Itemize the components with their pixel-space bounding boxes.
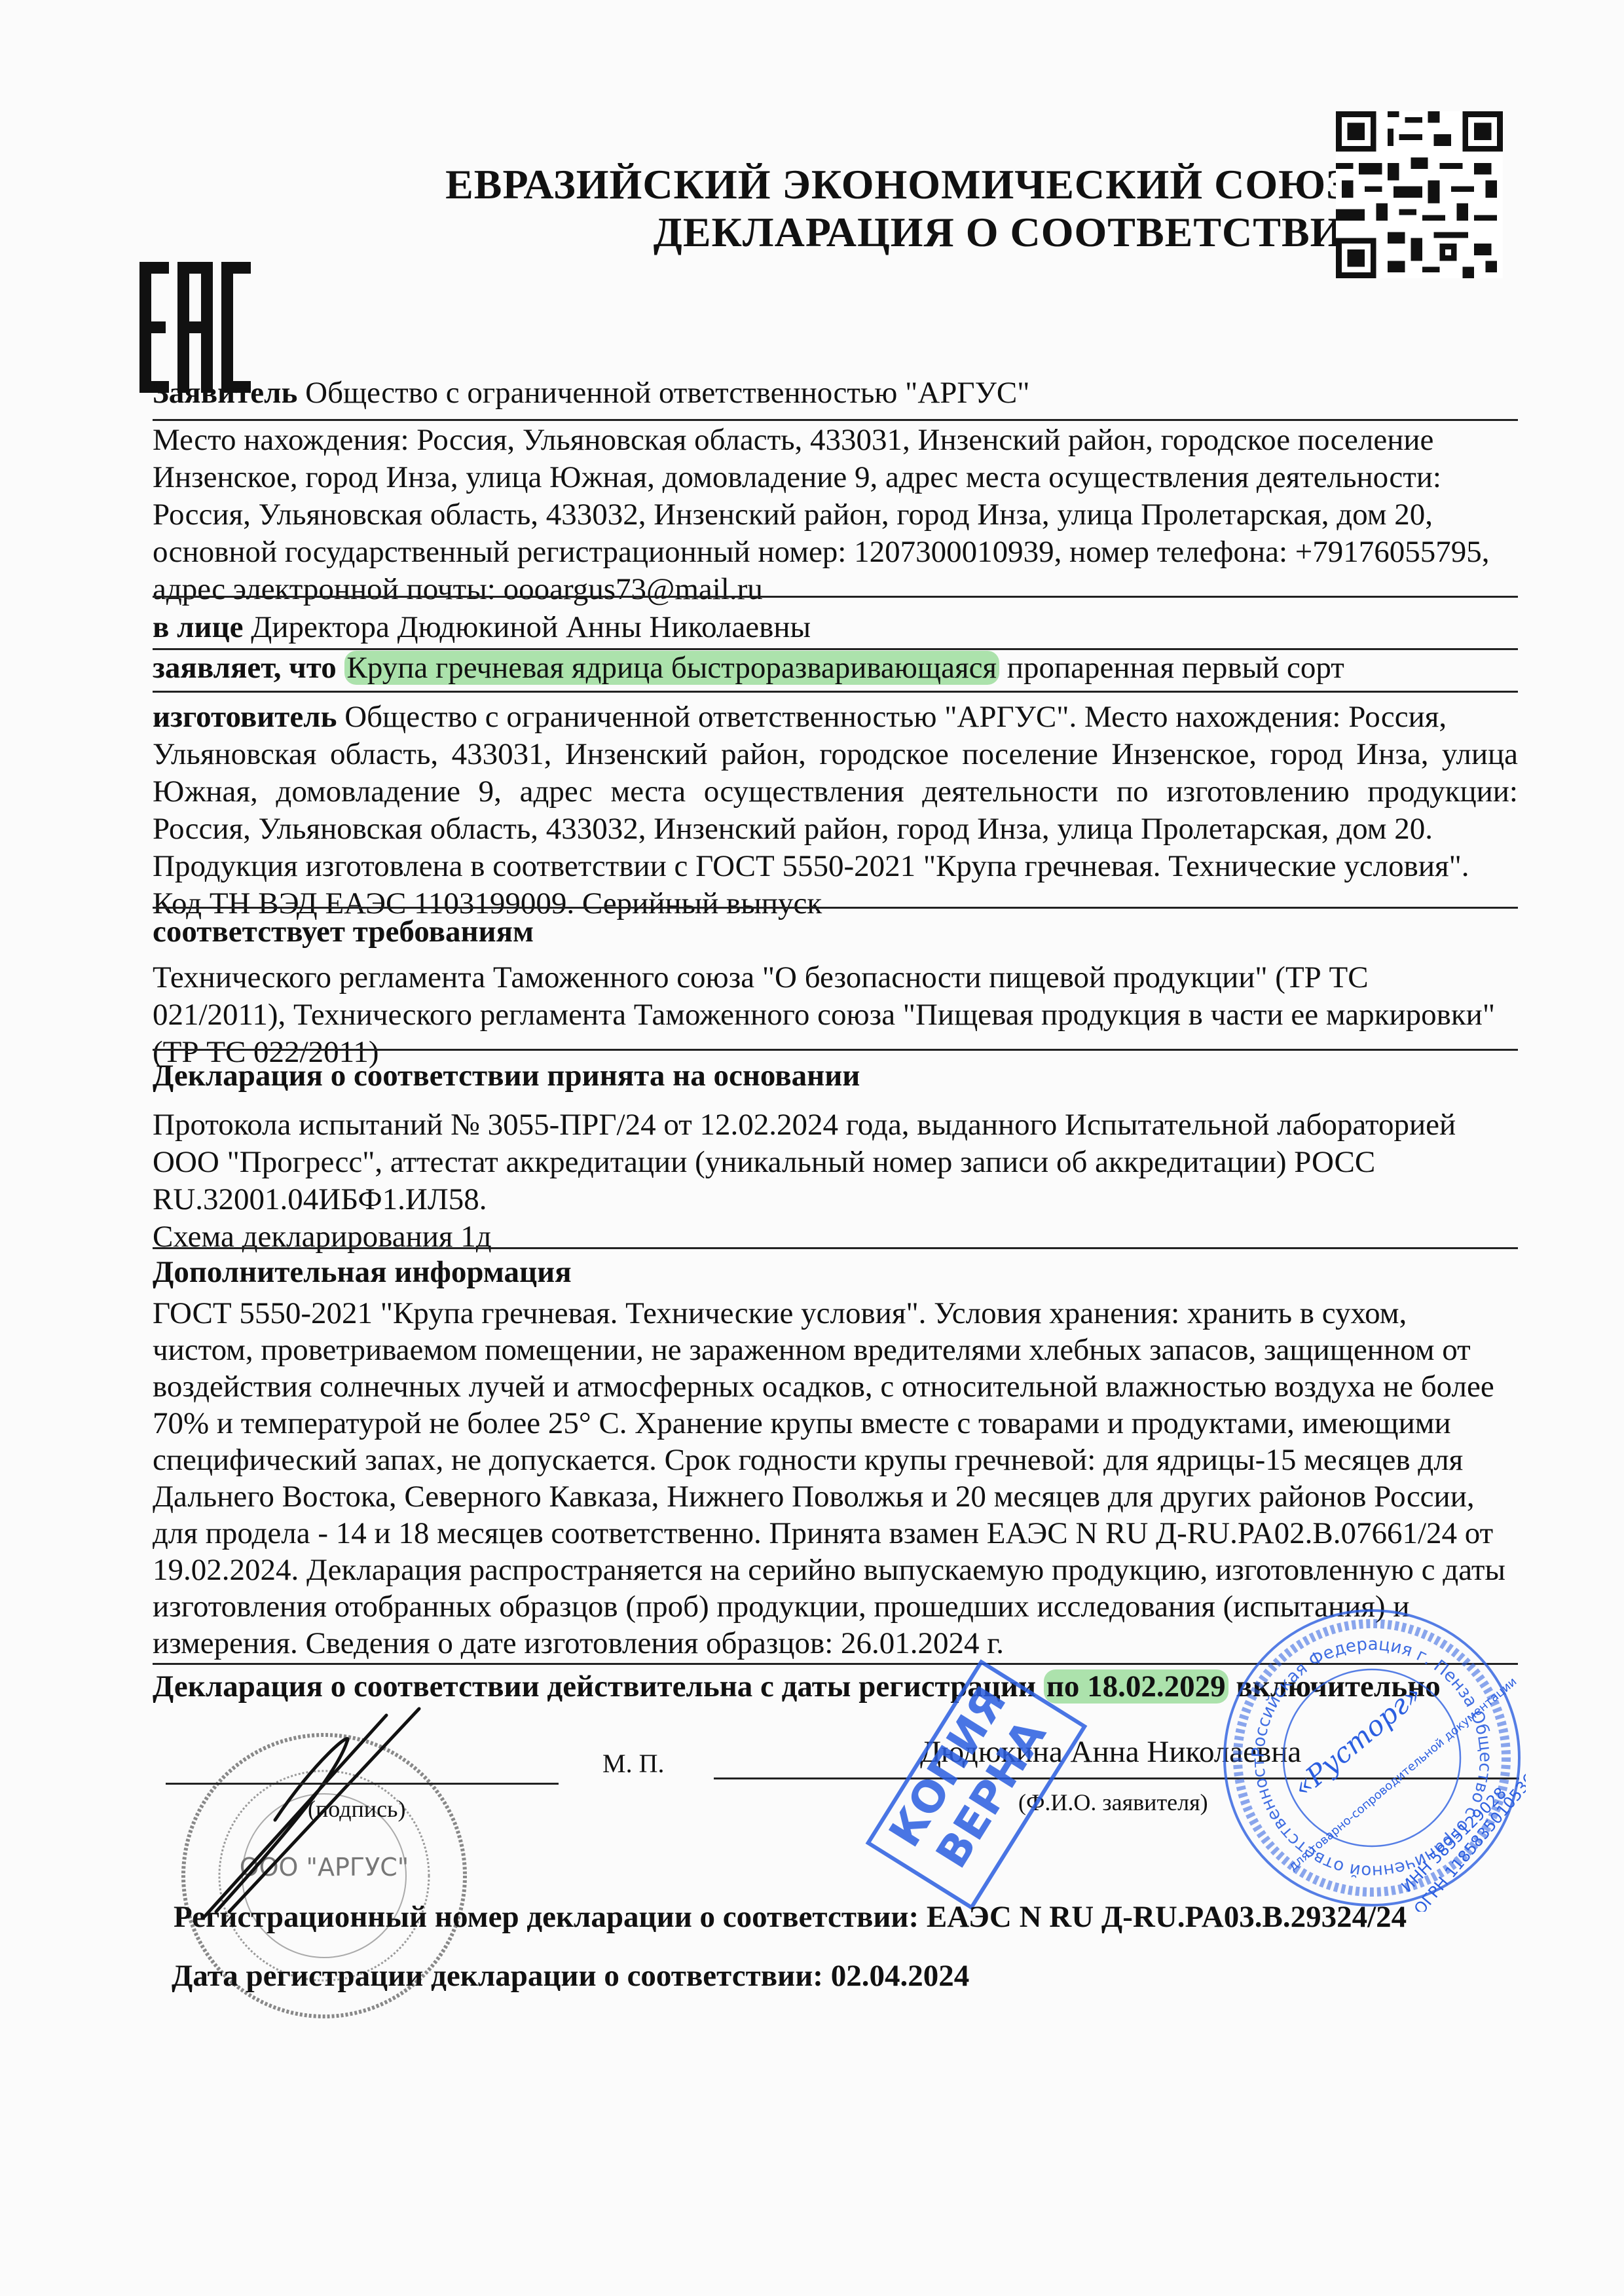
- requirements-heading-row: соответствует требованиям: [153, 913, 1518, 951]
- basis-line: RU.32001.04ИБФ1.ИЛ58.: [153, 1181, 1518, 1218]
- location-line: Россия, Ульяновская область, 433032, Инз…: [153, 496, 1518, 534]
- product-name-rest: пропаренная первый сорт: [1007, 651, 1344, 685]
- signature-line: [166, 1783, 559, 1785]
- manufacturer-block: изготовитель Общество с ограниченной отв…: [153, 699, 1518, 922]
- applicant-value: Общество с ограниченной ответственностью…: [305, 376, 1029, 410]
- manufacturer-line: Южная, домовладение 9, адрес места осуще…: [153, 773, 1518, 811]
- additional-line: Дальнего Востока, Северного Кавказа, Ниж…: [153, 1478, 1518, 1515]
- requirements-block: Технического регламента Таможенного союз…: [153, 959, 1518, 1071]
- manufacturer-line: Общество с ограниченной ответственностью…: [344, 700, 1447, 734]
- basis-line: Схема декларирования 1д: [153, 1218, 1518, 1256]
- requirements-line: Технического регламента Таможенного союз…: [153, 959, 1518, 996]
- product-name-highlight: Крупа гречневая ядрица быстроразваривающ…: [344, 651, 1000, 685]
- copy-verified-stamp: КОПИЯ ВЕРНА: [828, 1650, 1103, 1912]
- location-line: адрес электронной почты: oooargus73@mail…: [153, 571, 1518, 608]
- svg-text:ОГРН 1185835010536: ОГРН 1185835010536: [1411, 1770, 1526, 1912]
- registration-number-row: Регистрационный номер декларации о соотв…: [174, 1899, 1539, 1936]
- additional-label: Дополнительная информация: [153, 1255, 572, 1289]
- location-block: Место нахождения: Россия, Ульяновская об…: [153, 422, 1518, 608]
- representative-row: в лице Директора Дюдюкиной Анны Николаев…: [153, 609, 1518, 646]
- divider: [153, 419, 1518, 421]
- divider: [153, 1049, 1518, 1051]
- additional-line: 19.02.2024. Декларация распространяется …: [153, 1552, 1518, 1588]
- manufacturer-line: Ульяновская область, 433031, Инзенский р…: [153, 736, 1518, 773]
- company-round-stamp-icon: Российская Федерация г. Пенза Общество с…: [1218, 1604, 1526, 1912]
- applicant-label: Заявитель: [153, 376, 297, 410]
- additional-heading-row: Дополнительная информация: [153, 1254, 1518, 1291]
- additional-line: ГОСТ 5550-2021 "Крупа гречневая. Техниче…: [153, 1295, 1518, 1332]
- manufacturer-label: изготовитель: [153, 700, 337, 734]
- representative-value: Директора Дюдюкиной Анны Николаевны: [251, 610, 811, 644]
- registration-number-value: ЕАЭС N RU Д-RU.PA03.B.29324/24: [927, 1900, 1407, 1934]
- registration-date-value: 02.04.2024: [831, 1959, 970, 1993]
- eac-logo-icon: [139, 262, 251, 393]
- registration-date-label: Дата регистрации декларации о соответств…: [172, 1959, 823, 1993]
- additional-line: воздействия солнечных лучей и атмосферны…: [153, 1368, 1518, 1405]
- basis-label: Декларация о соответствии принята на осн…: [153, 1059, 860, 1093]
- additional-line: для продела - 14 и 18 месяцев соответств…: [153, 1515, 1518, 1552]
- basis-line: Протокола испытаний № 3055-ПРГ/24 от 12.…: [153, 1106, 1518, 1144]
- requirements-line: 021/2011), Технического регламента Тамож…: [153, 996, 1518, 1034]
- registration-number-label: Регистрационный номер декларации о соотв…: [174, 1900, 919, 1934]
- divider: [153, 1247, 1518, 1249]
- additional-line: чистом, проветриваемом помещении, не зар…: [153, 1332, 1518, 1368]
- additional-line: 70% и температурой не более 25° С. Хране…: [153, 1405, 1518, 1442]
- declares-label: заявляет, что: [153, 651, 337, 685]
- applicant-row: Заявитель Общество с ограниченной ответс…: [153, 374, 1518, 412]
- basis-block: Протокола испытаний № 3055-ПРГ/24 от 12.…: [153, 1106, 1518, 1256]
- location-line: Место нахождения: Россия, Ульяновская об…: [153, 422, 1518, 459]
- location-line: основной государственный регистрационный…: [153, 534, 1518, 571]
- representative-label: в лице: [153, 610, 244, 644]
- divider: [153, 596, 1518, 598]
- basis-line: ООО "Прогресс", аттестат аккредитации (у…: [153, 1144, 1518, 1181]
- manufacturer-line: Продукция изготовлена в соответствии с Г…: [153, 848, 1518, 885]
- manufacturer-line: Россия, Ульяновская область, 433032, Инз…: [153, 811, 1518, 848]
- additional-line: специфический запах, не допускается. Сро…: [153, 1442, 1518, 1478]
- declares-row: заявляет, что Крупа гречневая ядрица быс…: [153, 649, 1518, 687]
- mp-label: М. П.: [602, 1745, 733, 1782]
- divider: [153, 907, 1518, 909]
- divider: [153, 691, 1518, 693]
- signature-caption: (подпись): [308, 1791, 504, 1828]
- location-line: Инзенское, город Инза, улица Южная, домо…: [153, 459, 1518, 496]
- basis-heading-row: Декларация о соответствии принята на осн…: [153, 1057, 1518, 1095]
- requirements-label: соответствует требованиям: [153, 915, 534, 949]
- declaration-page: ЕВРАЗИЙСКИЙ ЭКОНОМИЧЕСКИЙ СОЮЗ ДЕКЛАРАЦИ…: [0, 0, 1624, 2296]
- registration-date-row: Дата регистрации декларации о соответств…: [172, 1958, 1537, 1995]
- qr-code-icon: [1336, 111, 1503, 278]
